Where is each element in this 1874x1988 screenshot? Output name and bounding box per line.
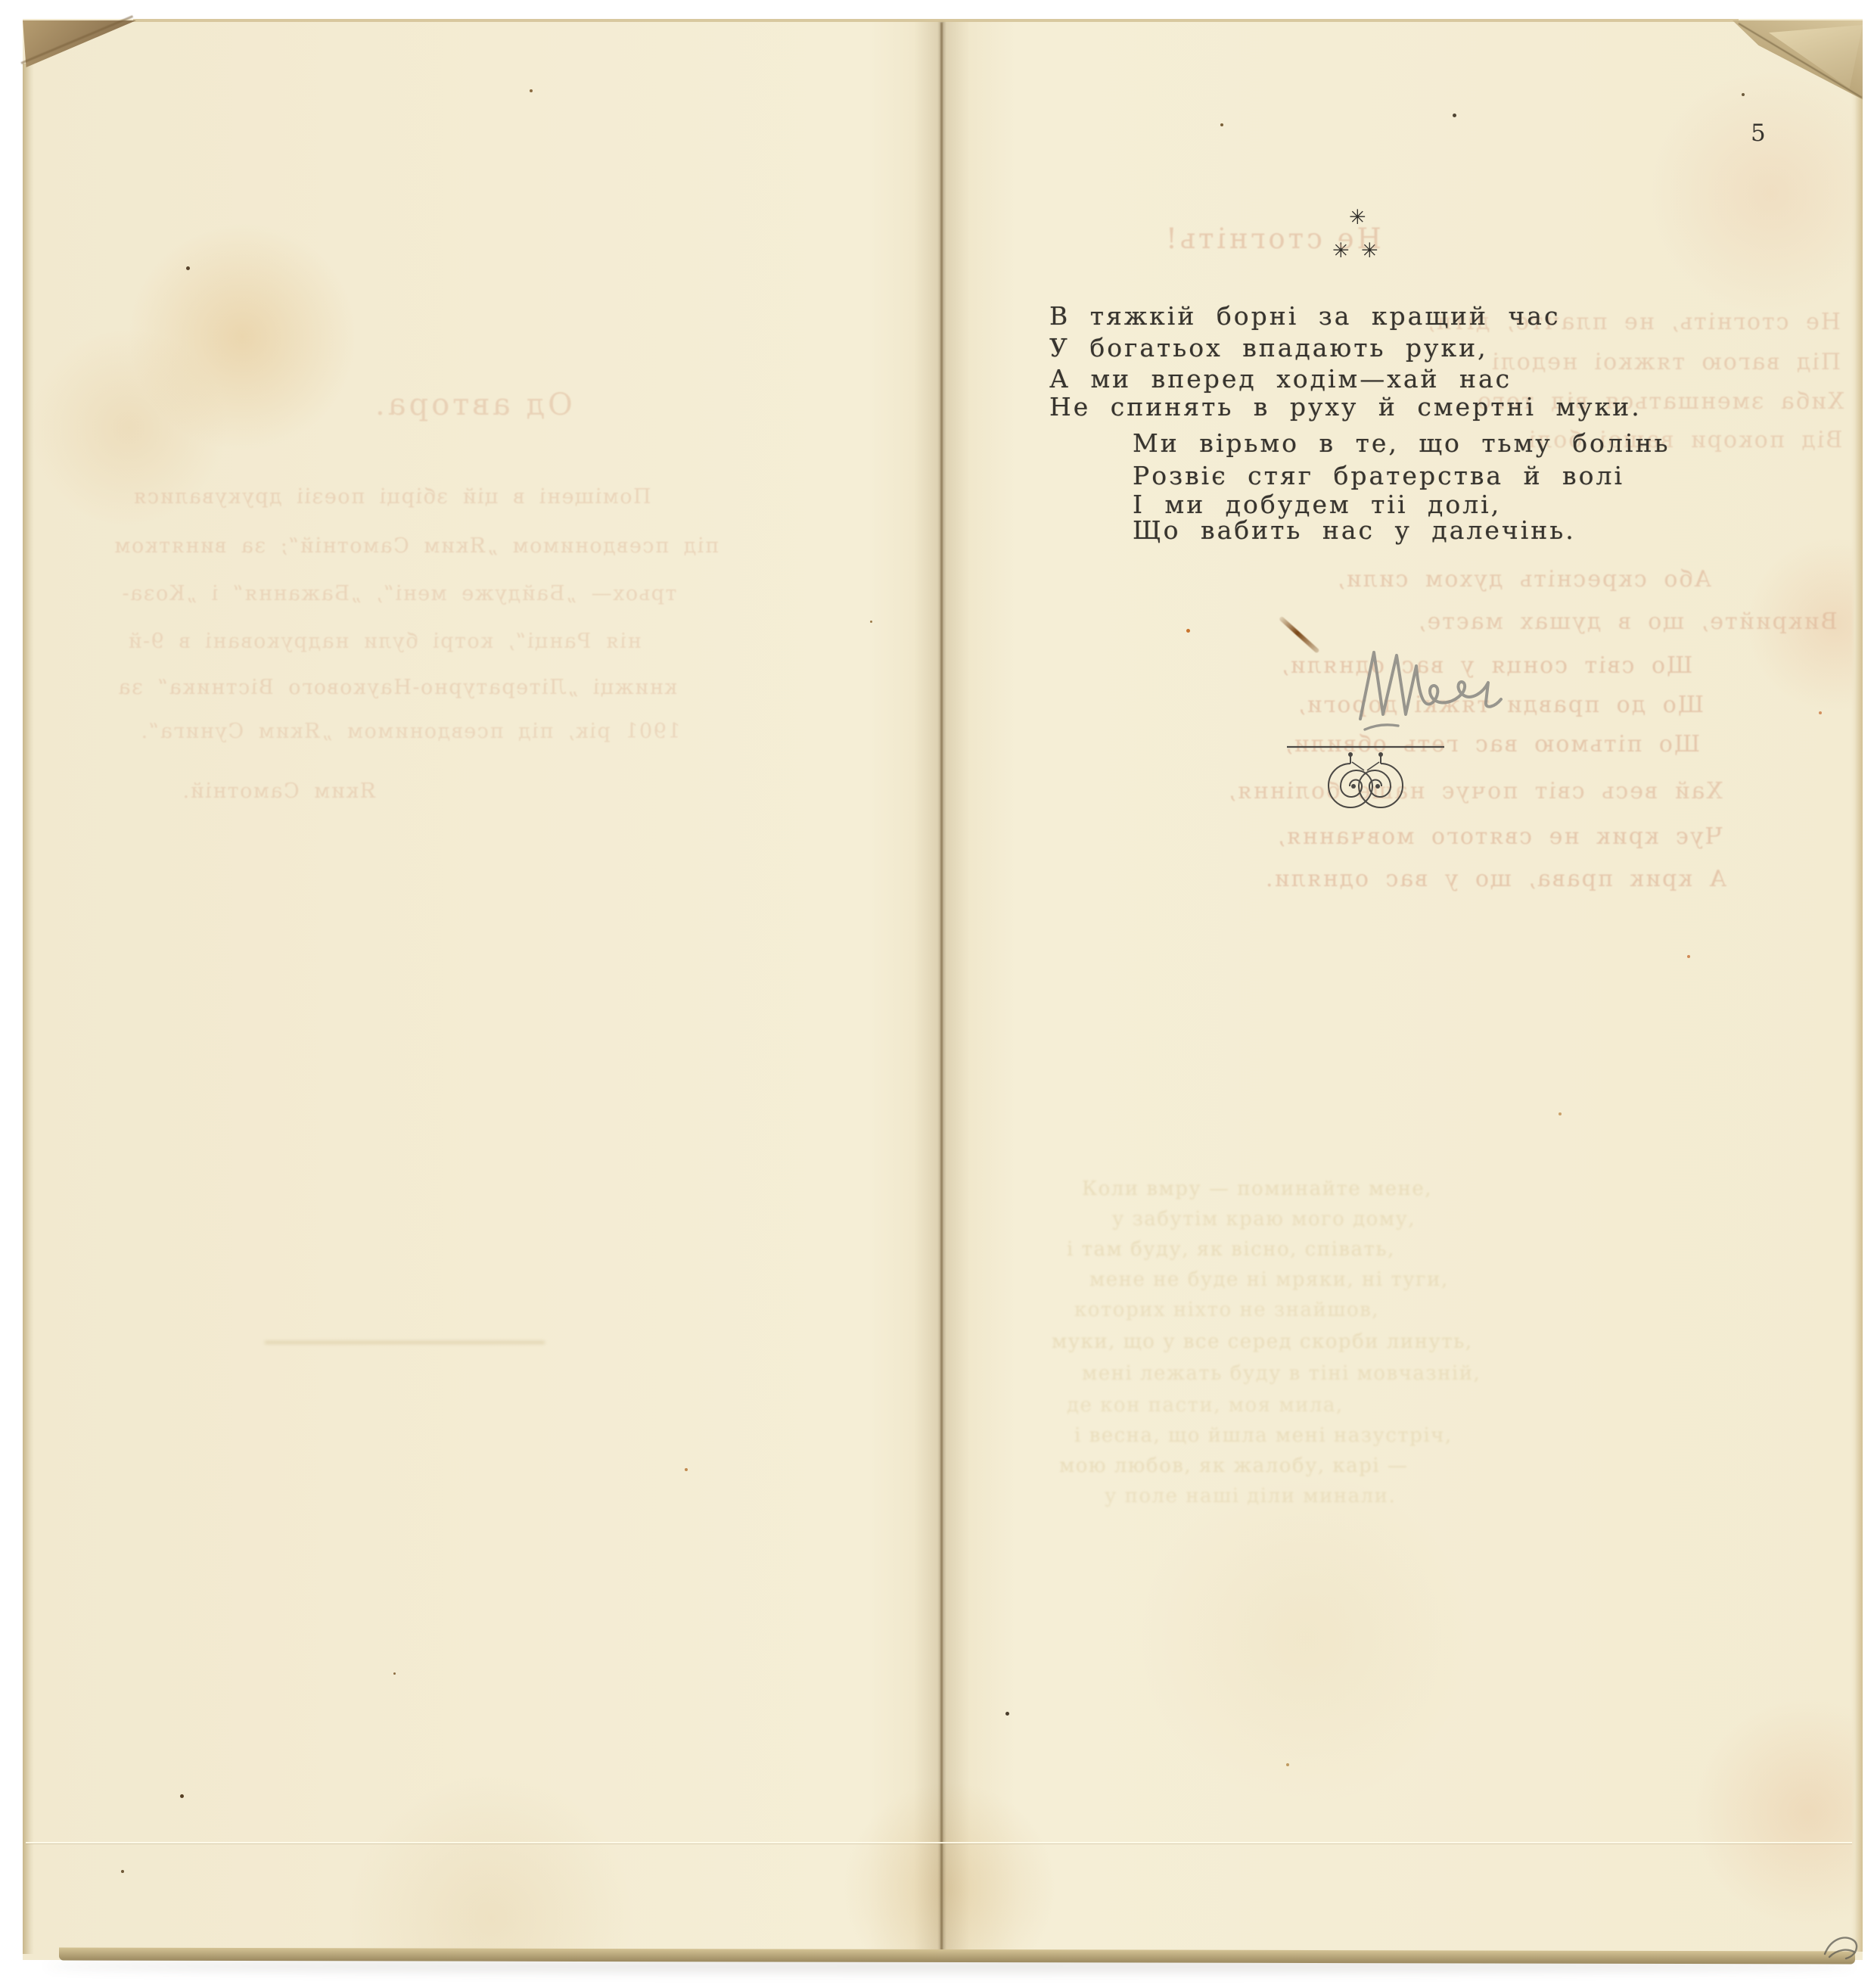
paper-speck [180, 1794, 184, 1798]
ghost-text-line: де кон пасти, моя мила, [1067, 1394, 1344, 1417]
poem-line: А ми вперед ходім—хай нас [1049, 364, 1512, 394]
horizontal-crease-shadow [26, 1843, 1852, 1844]
right-bleed-line: А крик права, що у вас одняли. [1264, 866, 1726, 892]
paper-speck [1687, 955, 1690, 958]
paper-speck [121, 1870, 124, 1873]
ghost-text-line: мені лежать буду в тіні мовчазній, [1082, 1362, 1481, 1385]
left-bleed-paragraph-line: під псевдонимом „Яким Самотній“; за виня… [113, 534, 719, 558]
left-bleed-paragraph-line: нія Ранці“, котрі були надруковані в 9-й [127, 630, 642, 653]
paper-speck [1005, 1712, 1009, 1716]
page-number: 5 [1751, 120, 1767, 147]
poem-line: Не спинять в руху й смертні муки. [1049, 392, 1642, 422]
scanned-book-spread: Од автора. Поміщені в цій збірці поезіі … [0, 0, 1874, 1988]
ghost-text-line: муки, що у все серед скорби линуть, [1052, 1330, 1473, 1353]
left-bleed-paragraph-line: трьох— „Байдуже мені“, „Бажання“ і „Коза… [121, 582, 676, 605]
ghost-text-line: і там буду, як вісно, співать, [1067, 1238, 1395, 1261]
page-edge-top [133, 19, 1739, 22]
ghost-text-line: которих ніхто не знайшов, [1074, 1299, 1379, 1321]
ghost-text-line: у поле наші діли минали. [1105, 1485, 1396, 1507]
right-bleed-line: Викрийте, що в душах маєте, [1417, 608, 1838, 635]
page-edge-right [1851, 20, 1863, 1952]
paper-speck [393, 1672, 396, 1675]
poem-line: Ми вірьмо в те, що тьму болінь [1133, 428, 1670, 458]
right-bleed-line: Чує крик не святого мовчання, [1276, 823, 1723, 850]
pencil-signature [1353, 637, 1512, 732]
paper-speck [870, 621, 872, 623]
page-edge-left [23, 64, 34, 1954]
right-bleed-line: Під вагою тяжкоі недолі [1490, 349, 1841, 375]
paper-speck [186, 266, 190, 270]
poem-line: У богатьох впадають руки, [1049, 333, 1488, 362]
paper-speck [1819, 711, 1822, 714]
left-bleed-paragraph-line: Поміщені в цій збірці поезіі друкувалися [132, 485, 651, 509]
paper-speck [1186, 629, 1190, 633]
paper-speck [1220, 123, 1223, 126]
paper-speck [530, 89, 533, 92]
right-bleed-line: Або скресніть духом сили, [1336, 566, 1711, 593]
paper-speck [1286, 1763, 1289, 1766]
right-bleed-title: Не стогніть! [1163, 222, 1381, 255]
ghost-text-line: Коли вмру — поминайте мене, [1082, 1178, 1432, 1200]
poem-line: В тяжкій борні за кращий час [1049, 301, 1560, 331]
left-bleed-signature: Яким Самотній. [182, 779, 376, 803]
left-bleed-title: Од автора. [372, 387, 573, 422]
poem-line: Розвіє стяг братерства й волі [1133, 461, 1624, 490]
ghost-text-line: у забутім краю мого дому, [1112, 1208, 1416, 1230]
ghost-text-line: і весна, що йшла мені назустріч, [1074, 1424, 1453, 1447]
paper-speck [685, 1468, 688, 1471]
paper-speck [1453, 114, 1456, 117]
ghost-text-line: мою любов, як жалобу, карі — [1059, 1454, 1408, 1477]
left-bleed-paragraph-line: книжці „Літературно-Наукового Вістника“ … [117, 676, 677, 699]
spiral-tailpiece-ornament [1284, 744, 1447, 824]
left-bleed-paragraph-line: 1901 рік, під псевдонимом „Яким Сунига“. [140, 720, 681, 743]
poem-line: Що вабить нас у далечінь. [1133, 515, 1576, 545]
left-faint-rule-showthrough [265, 1341, 545, 1344]
center-fold-line [940, 23, 943, 1954]
corner-pencil-scribble [1822, 1930, 1863, 1965]
ghost-text-line: мене не буде ні мряки, ні туги, [1089, 1268, 1449, 1291]
paper-speck [1559, 1112, 1562, 1115]
paper-speck [1742, 93, 1745, 96]
